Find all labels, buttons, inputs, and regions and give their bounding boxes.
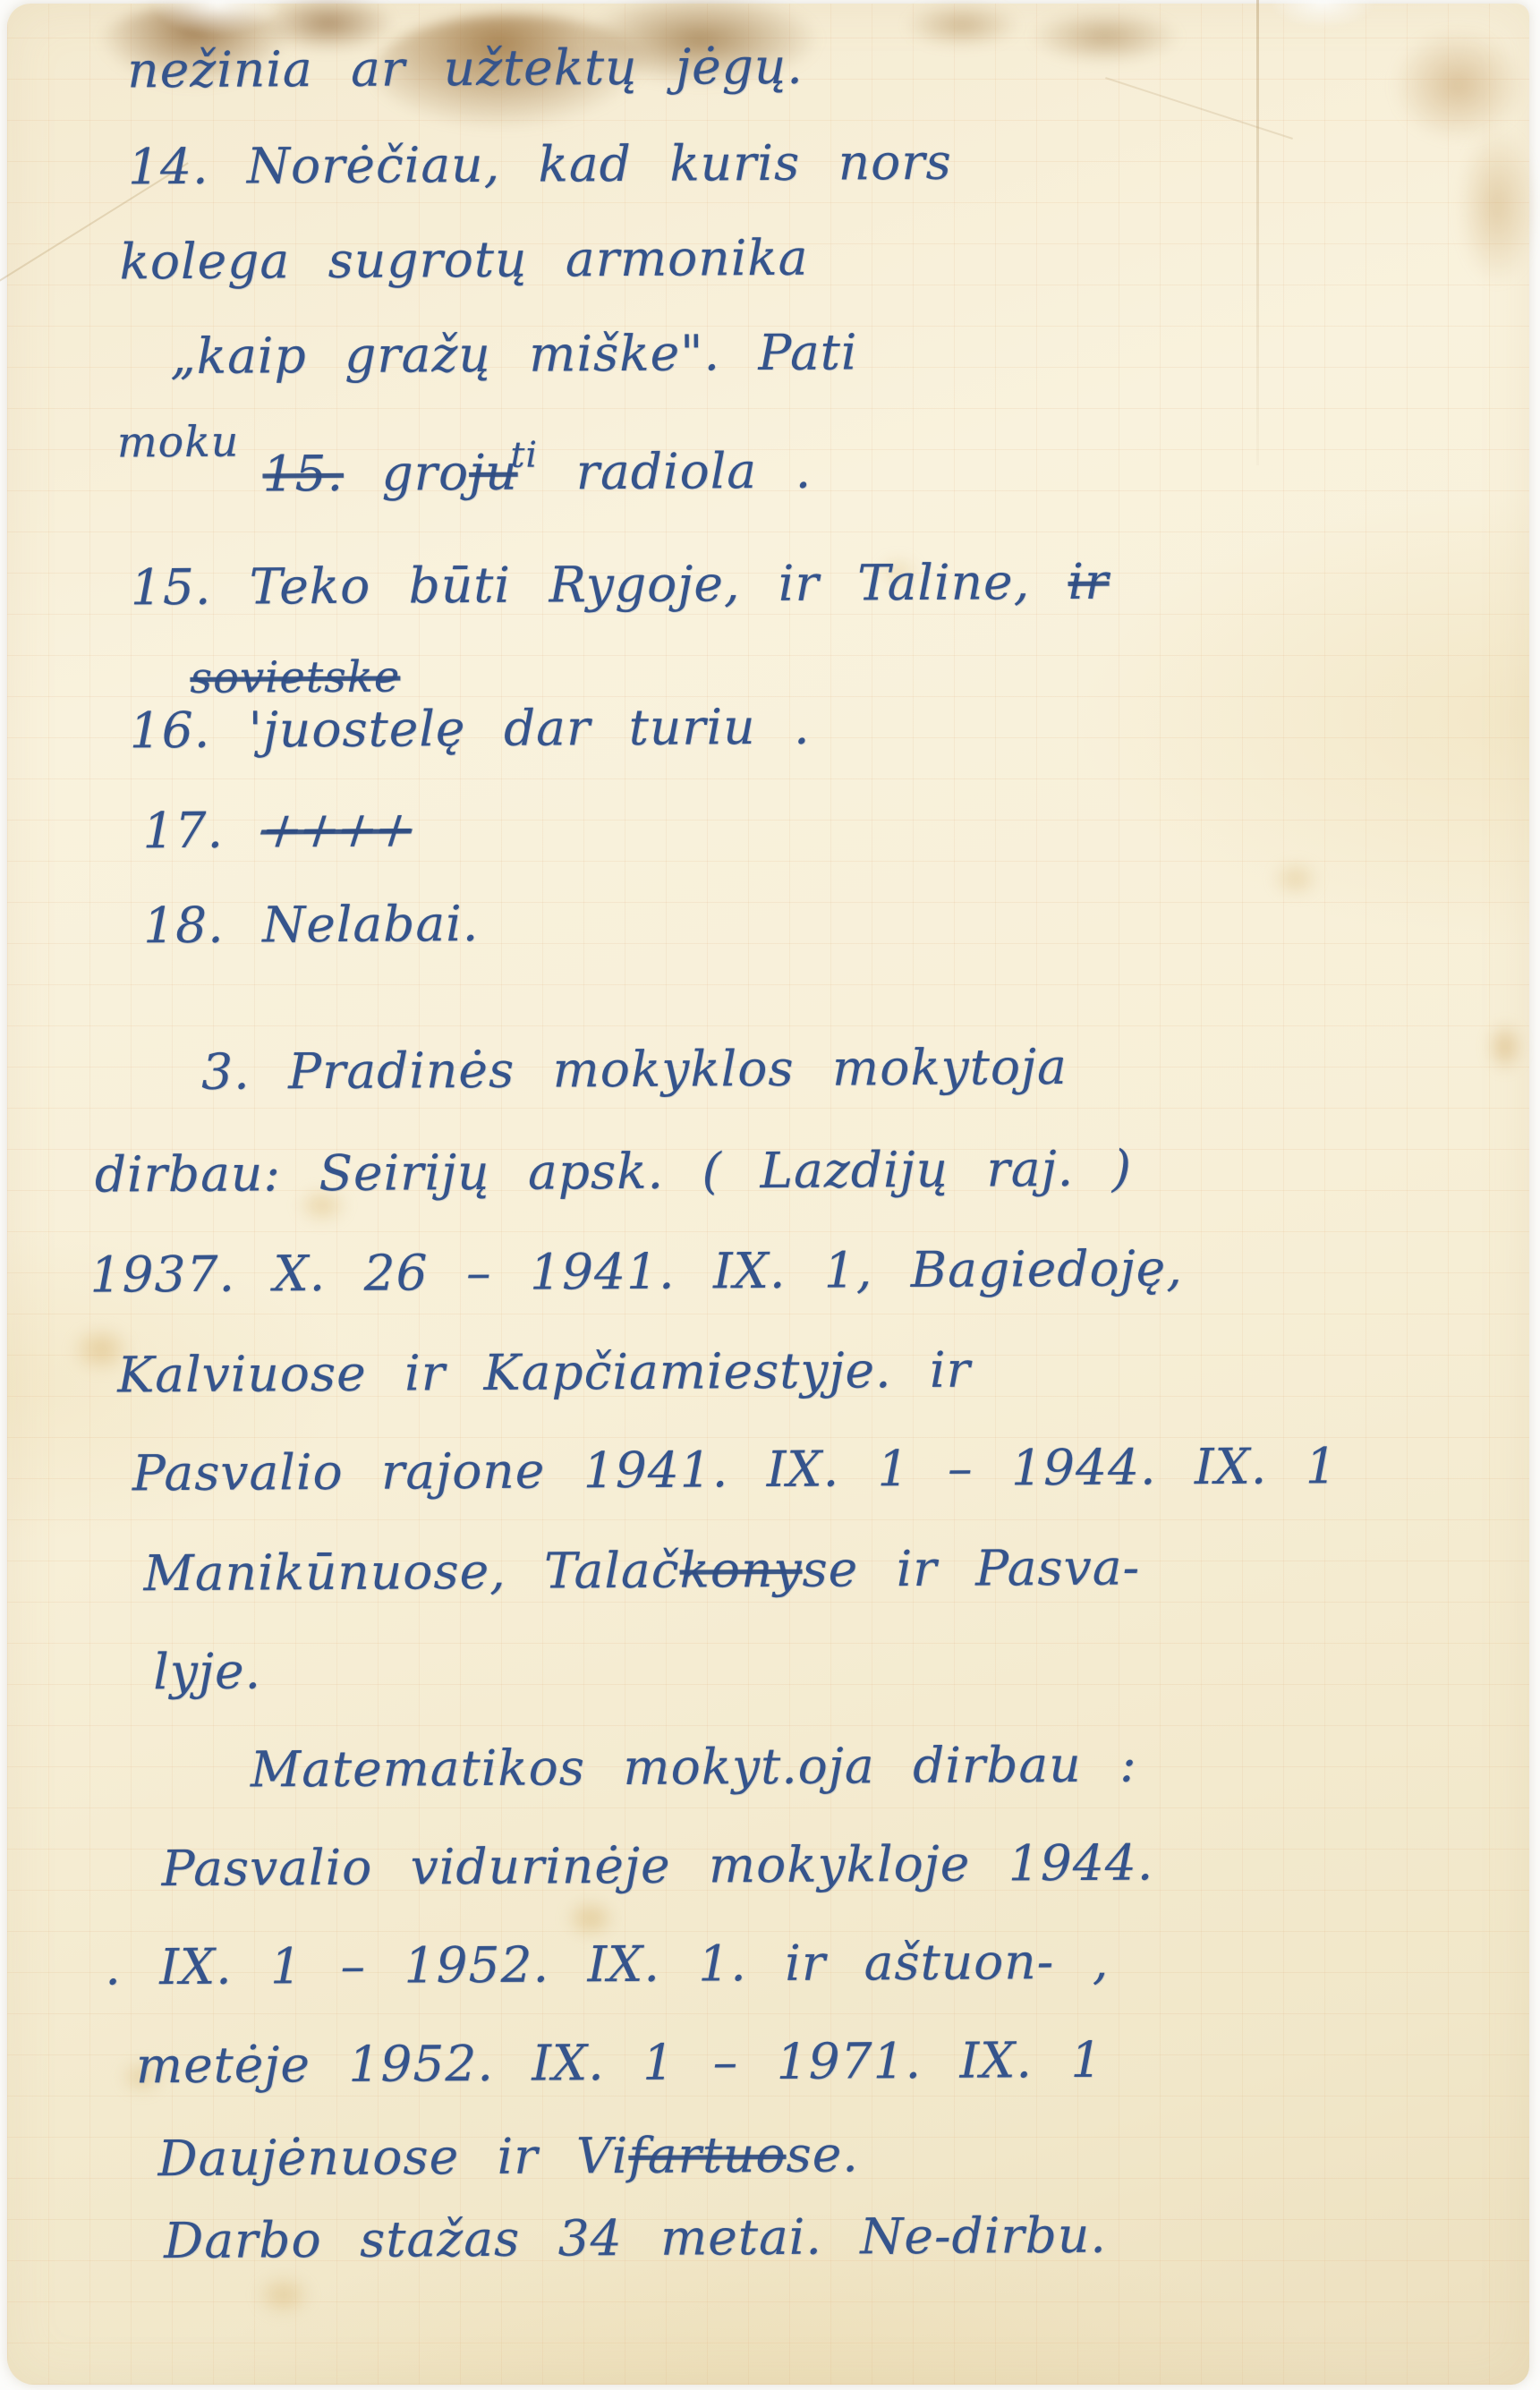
ink-text: Pasvalio rajone 1941. IX. 1 – 1944. IX. …: [132, 1437, 1338, 1501]
ink-text: Darbo stažas 34 metai. Ne-dirbu.: [164, 2207, 1107, 2269]
handwritten-line: . IX. 1 – 1952. IX. 1. ir aštuon- ,: [105, 1933, 1109, 1996]
ink-text: se.: [786, 2125, 859, 2182]
ink-text: metėje 1952. IX. 1 – 1971. IX. 1: [136, 2031, 1103, 2095]
handwritten-line: 14. Norėčiau, kad kuris nors: [128, 133, 952, 196]
handwritten-line: Matematikos mokyt.oja dirbau :: [251, 1736, 1137, 1799]
ink-text: 16. 'juostelę dar turiu .: [130, 698, 811, 760]
struck-text: ir: [1068, 553, 1109, 610]
ink-text: nežinia ar užtektų jėgų.: [127, 38, 804, 99]
ink-text: Matematikos mokyt.oja dirbau :: [251, 1736, 1137, 1799]
struck-text: fartuo: [628, 2126, 786, 2184]
ink-text: Kalviuose ir Kapčiamiestyje. ir: [117, 1341, 971, 1404]
handwritten-line: 16. 'juostelę dar turiu .: [130, 698, 811, 760]
handwritten-line: 17. ++++: [142, 800, 413, 859]
ink-text: 17.: [142, 801, 261, 859]
ink-text: 1937. X. 26 – 1941. IX. 1, Bagiedoję,: [89, 1239, 1183, 1303]
scanned-document: nežinia ar užtektų jėgų.14. Norėčiau, ka…: [0, 0, 1540, 2390]
handwritten-line: moku15. grojuti radiola .: [117, 442, 812, 504]
ink-text: gro: [344, 444, 469, 502]
handwritten-line: Pasvalio rajone 1941. IX. 1 – 1944. IX. …: [132, 1437, 1338, 1501]
handwritten-line: dirbau: Seirijų apsk. ( Lazdijų raj. ): [95, 1140, 1133, 1204]
ink-text: radiola .: [538, 442, 812, 501]
ink-text: dirbau: Seirijų apsk. ( Lazdijų raj. ): [95, 1140, 1133, 1204]
handwritten-line: lyje.: [153, 1642, 261, 1700]
ink-text: se ir Pasva-: [802, 1538, 1140, 1597]
handwritten-line: Daujėnuose ir Vifartuose.: [157, 2125, 859, 2187]
ink-text: . IX. 1 – 1952. IX. 1. ir aštuon- ,: [105, 1933, 1109, 1996]
ink-text: lyje.: [153, 1642, 261, 1700]
ink-text: 3. Pradinės mokyklos mokytoja: [201, 1038, 1068, 1101]
handwritten-line: Kalviuose ir Kapčiamiestyje. ir: [117, 1341, 971, 1404]
struck-text: 15.: [262, 445, 344, 503]
handwritten-line: sovietske: [190, 652, 400, 703]
handwritten-line: Manikūnuose, Talačkonyse ir Pasva-: [143, 1538, 1140, 1602]
handwritten-line: 18. Nelabai.: [143, 895, 479, 954]
ink-text: kolega sugrotų armonika: [119, 229, 808, 291]
ink-text: Pasvalio vidurinėje mokykloje 1944.: [161, 1833, 1153, 1897]
ink-text: „kaip gražų miške". Pati: [170, 323, 858, 385]
handwritten-line: metėje 1952. IX. 1 – 1971. IX. 1: [136, 2031, 1103, 2095]
ink-text: Daujėnuose ir Vi: [157, 2127, 628, 2187]
handwritten-line: nežinia ar užtektų jėgų.: [127, 38, 804, 99]
handwritten-line: 1937. X. 26 – 1941. IX. 1, Bagiedoję,: [89, 1239, 1183, 1303]
ink-text: 14. Norėčiau, kad kuris nors: [128, 133, 952, 196]
handwritten-line: 15. Teko būti Rygoje, ir Taline, ir: [131, 553, 1110, 617]
ink-text: Manikūnuose, Talač: [143, 1542, 679, 1603]
handwritten-line: Darbo stažas 34 metai. Ne-dirbu.: [164, 2207, 1107, 2269]
handwritten-line: Pasvalio vidurinėje mokykloje 1944.: [161, 1833, 1153, 1897]
struck-text: kony: [679, 1541, 802, 1599]
ink-text: 18. Nelabai.: [143, 895, 479, 954]
ink-text: ti: [510, 435, 538, 476]
handwritten-line: „kaip gražų miške". Pati: [170, 323, 858, 385]
handwriting-block: nežinia ar užtektų jėgų.14. Norėčiau, ka…: [0, 0, 1540, 2390]
struck-text: ++++: [252, 800, 421, 858]
ink-text: 15. Teko būti Rygoje, ir Taline,: [131, 553, 1068, 616]
struck-text: sovietske: [190, 652, 400, 703]
handwritten-line: 3. Pradinės mokyklos mokytoja: [201, 1038, 1068, 1101]
handwritten-line: kolega sugrotų armonika: [119, 229, 808, 291]
ink-text: moku: [117, 418, 240, 468]
